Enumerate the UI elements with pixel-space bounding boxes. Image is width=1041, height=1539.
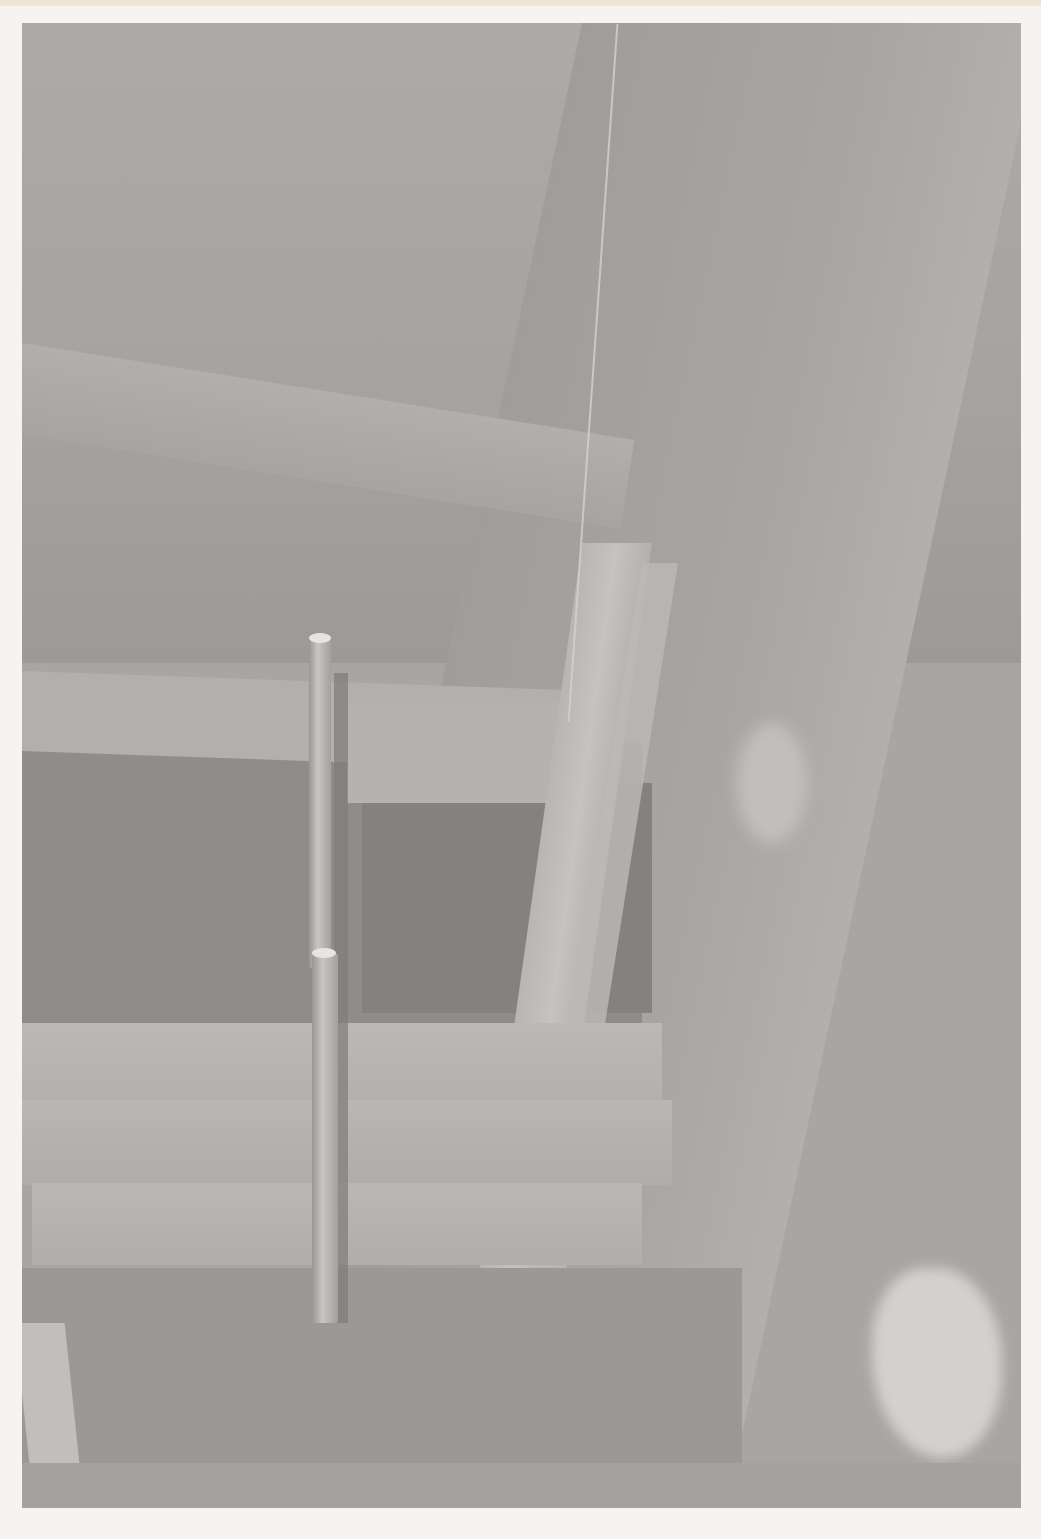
pipe-upper-section (309, 638, 331, 968)
light-patch-mid-right (737, 723, 807, 843)
light-patch-lower-right (872, 1268, 1002, 1458)
photograph (22, 23, 1021, 1508)
floor-strip (22, 1463, 1021, 1508)
mount-top-edge (0, 0, 1041, 6)
pipe-lower-section (312, 953, 338, 1323)
pipe-cap-upper (309, 633, 331, 643)
pipe-cap-lower (312, 948, 336, 958)
